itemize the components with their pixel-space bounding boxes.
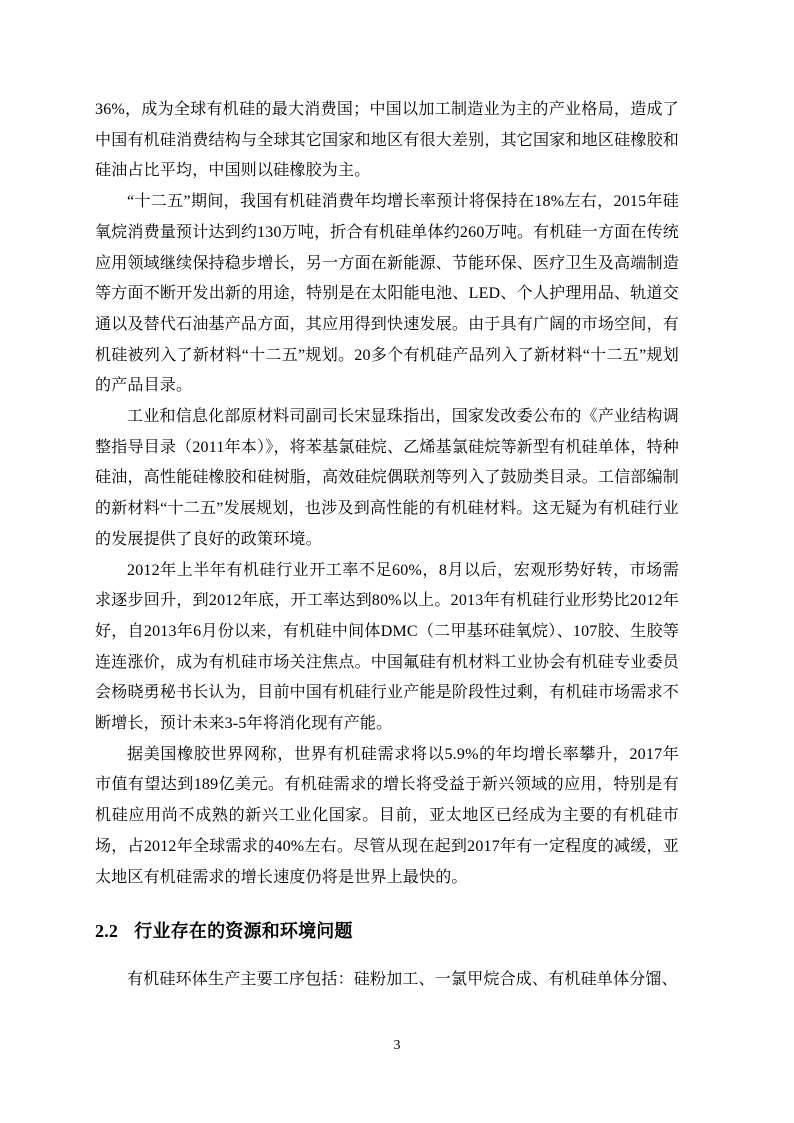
section-heading: 2.2行业存在的资源和环境问题: [95, 916, 679, 946]
page-number: 3: [394, 1038, 401, 1053]
paragraph: 2012年上半年有机硅行业开工率不足60%，8月以后，宏观形势好转，市场需求逐步…: [95, 556, 679, 740]
document-body: 36%，成为全球有机硅的最大消费国；中国以加工制造业为主的产业格局，造成了中国有…: [95, 95, 679, 996]
page-footer: 3: [0, 1036, 794, 1056]
document-page: 36%，成为全球有机硅的最大消费国；中国以加工制造业为主的产业格局，造成了中国有…: [0, 0, 794, 1123]
paragraph: 据美国橡胶世界网称，世界有机硅需求将以5.9%的年均增长率攀升，2017年市值有…: [95, 740, 679, 894]
paragraph: 有机硅环体生产主要工序包括：硅粉加工、一氯甲烷合成、有机硅单体分馏、: [95, 965, 679, 996]
section-number: 2.2: [95, 921, 118, 941]
paragraph: “十二五”期间，我国有机硅消费年均增长率预计将保持在18%左右，2015年硅氧烷…: [95, 187, 679, 402]
paragraph: 36%，成为全球有机硅的最大消费国；中国以加工制造业为主的产业格局，造成了中国有…: [95, 95, 679, 187]
paragraph: 工业和信息化部原材料司副司长宋显珠指出，国家发改委公布的《产业结构调整指导目录（…: [95, 402, 679, 556]
section-title: 行业存在的资源和环境问题: [134, 921, 352, 941]
